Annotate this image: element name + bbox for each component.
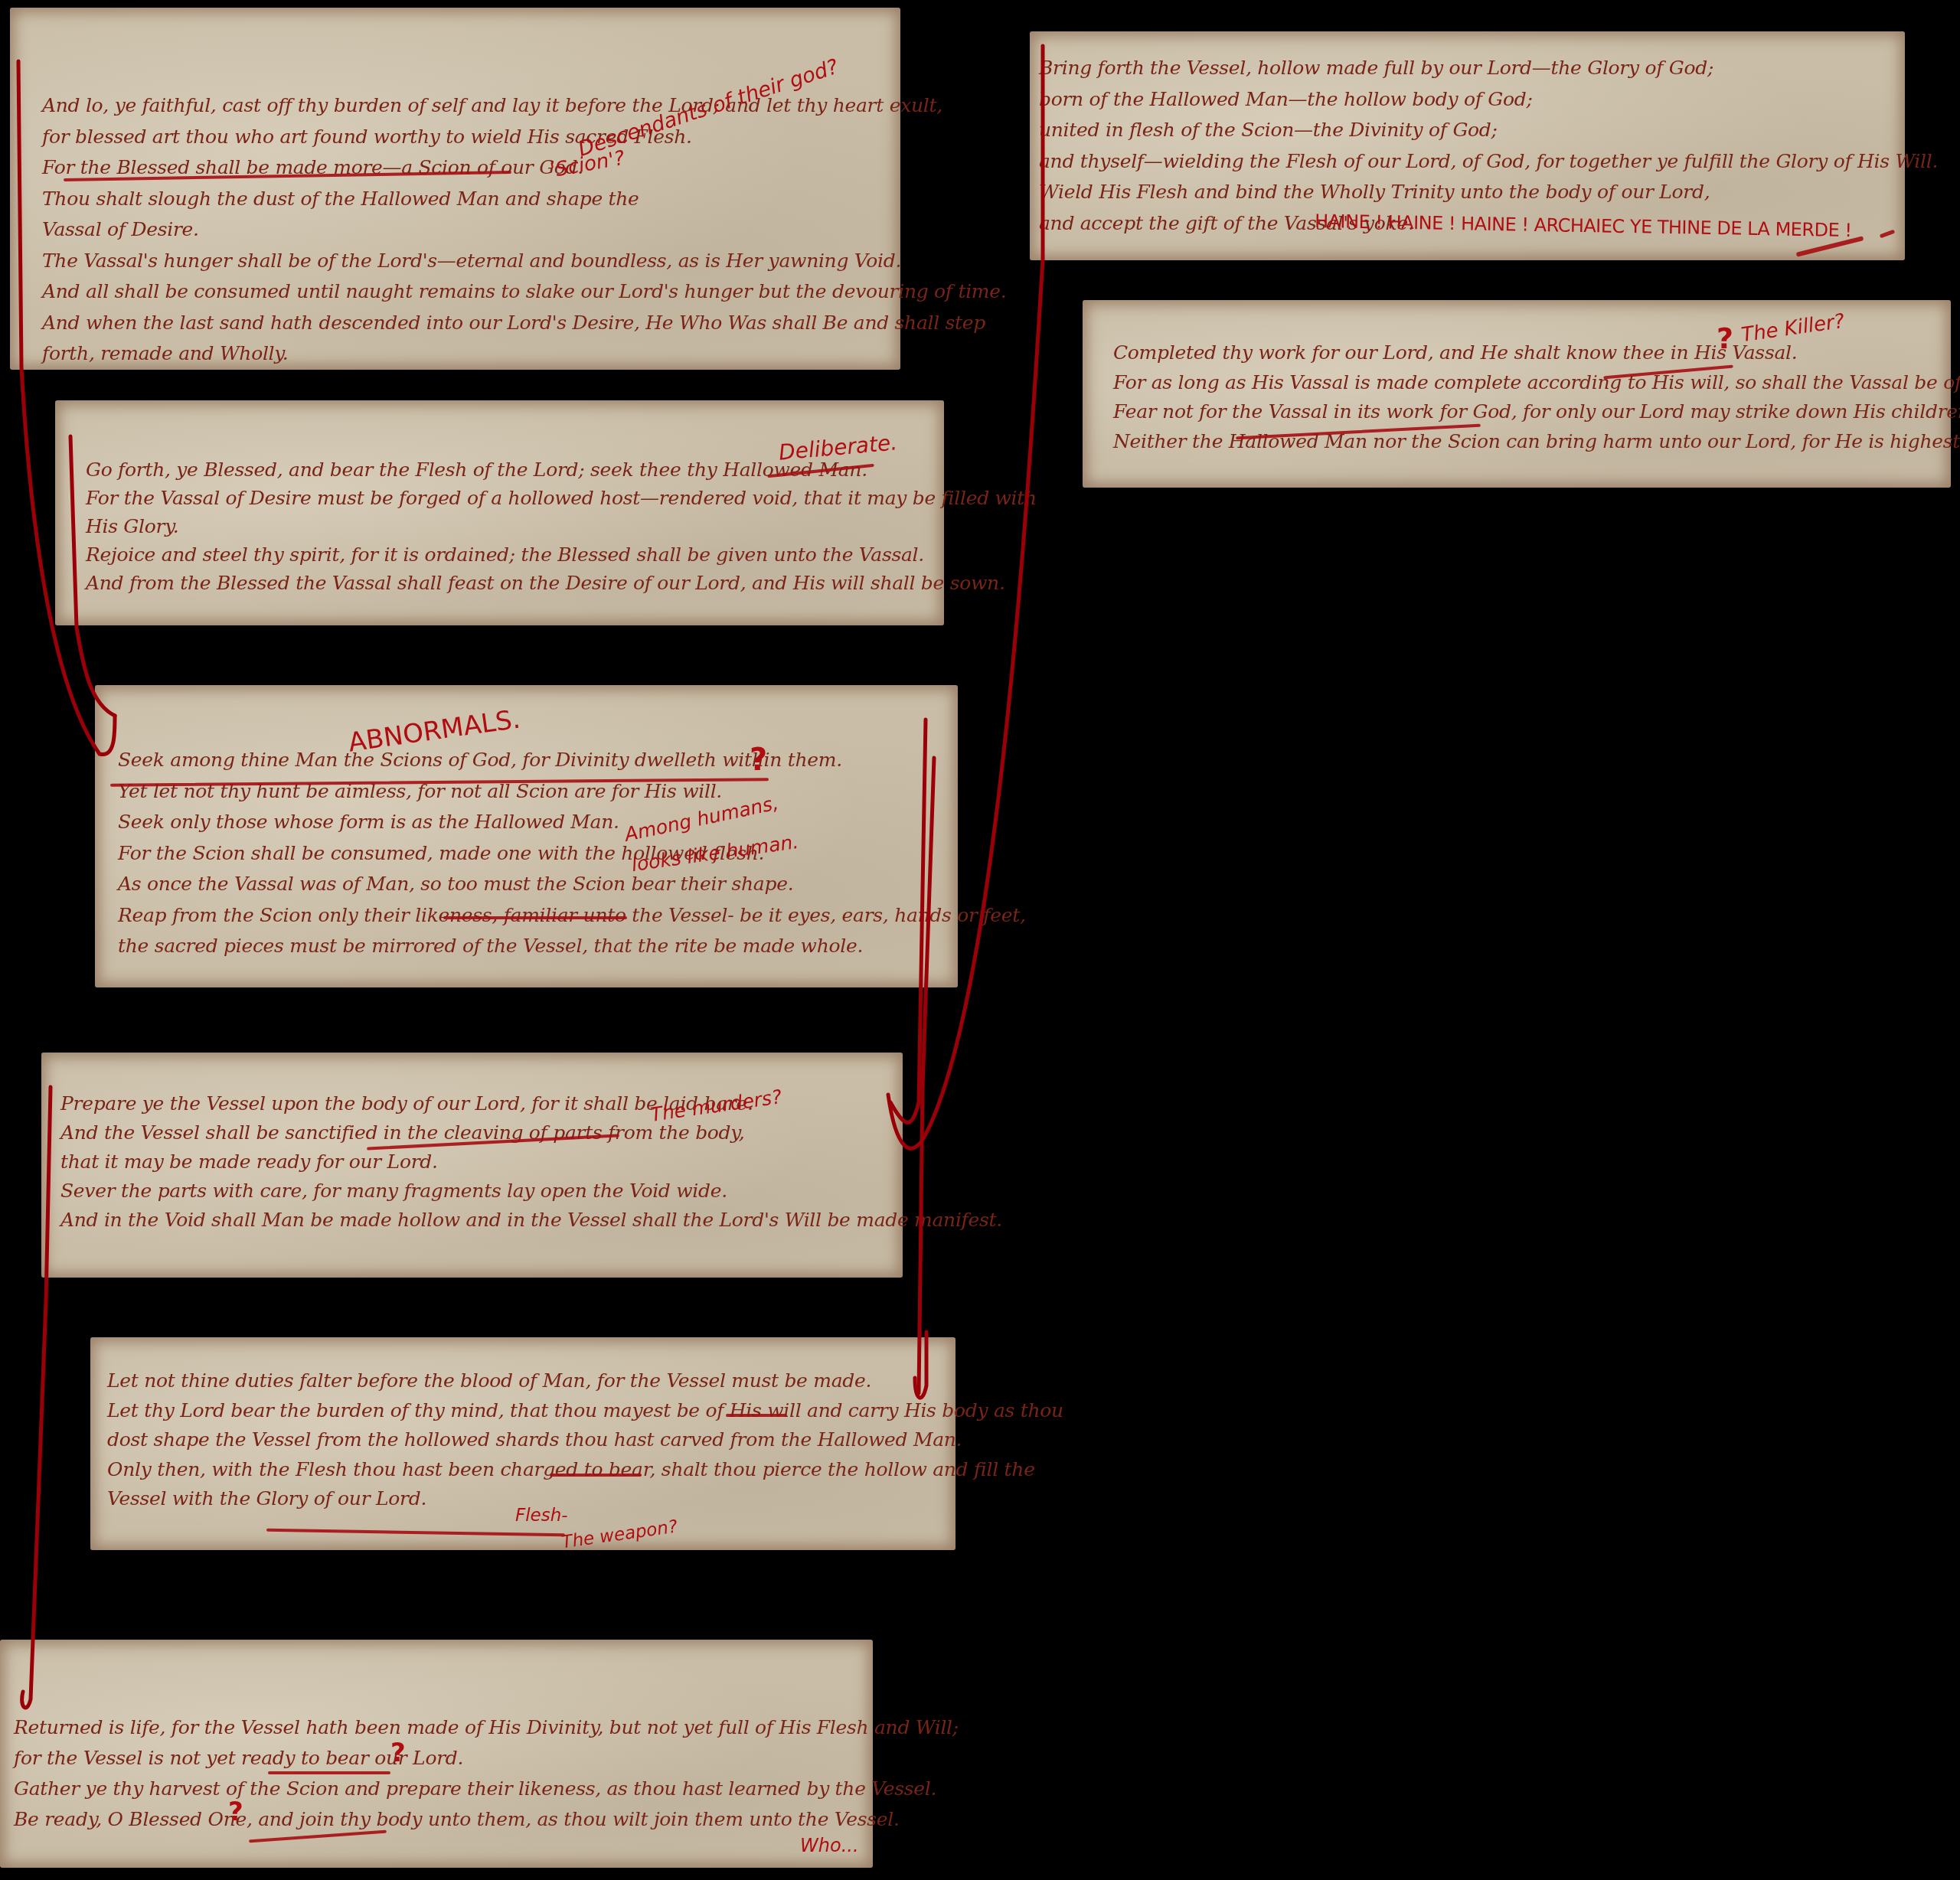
annotation-question-mark: ? xyxy=(228,1797,243,1827)
red-underline xyxy=(268,1771,390,1774)
scripture-line: Sever the parts with care, for many frag… xyxy=(60,1177,1002,1206)
parchment-scion-of-god: And lo, ye faithful, cast off thy burden… xyxy=(10,8,900,370)
scripture-line: And the Vessel shall be sanctified in th… xyxy=(60,1118,1002,1147)
scripture-line: And lo, ye faithful, cast off thy burden… xyxy=(42,90,1006,122)
scripture-lines: Bring forth the Vessel, hollow made full… xyxy=(1039,53,1938,239)
scripture-line: As once the Vassal was of Man, so too mu… xyxy=(118,869,1026,900)
scripture-line: dost shape the Vessel from the hollowed … xyxy=(107,1425,1063,1455)
parchment-seek-among: Seek among thine Man the Scions of God, … xyxy=(95,685,958,987)
parchment-let-not-duties: Let not thine duties falter before the b… xyxy=(90,1337,955,1550)
scripture-line: born of the Hallowed Man—the hollow body… xyxy=(1039,84,1938,116)
scripture-line: Vessel with the Glory of our Lord. xyxy=(107,1484,1063,1514)
scripture-lines: Go forth, ye Blessed, and bear the Flesh… xyxy=(86,455,1037,597)
scripture-line: united in flesh of the Scion—the Divinit… xyxy=(1039,115,1938,146)
scripture-line: Let thy Lord bear the burden of thy mind… xyxy=(107,1396,1063,1426)
red-underline xyxy=(443,916,627,919)
scripture-lines: Seek among thine Man the Scions of God, … xyxy=(118,745,1026,962)
scripture-line: Only then, with the Flesh thou hast been… xyxy=(107,1455,1063,1485)
scripture-line: Prepare ye the Vessel upon the body of o… xyxy=(60,1089,1002,1118)
scripture-line: His Glory. xyxy=(86,512,1037,540)
scripture-line: the sacred pieces must be mirrored of th… xyxy=(118,931,1026,962)
scripture-lines: And lo, ye faithful, cast off thy burden… xyxy=(42,90,1006,370)
annotation-who: Who... xyxy=(800,1835,859,1856)
scripture-line: And when the last sand hath descended in… xyxy=(42,308,1006,339)
red-underline xyxy=(726,1414,787,1417)
scripture-lines: Let not thine duties falter before the b… xyxy=(107,1366,1063,1514)
scripture-line: Returned is life, for the Vessel hath be… xyxy=(14,1712,959,1743)
scripture-line: that it may be made ready for our Lord. xyxy=(60,1147,1002,1177)
scripture-line: Go forth, ye Blessed, and bear the Flesh… xyxy=(86,455,1037,484)
scripture-line: For the Scion shall be consumed, made on… xyxy=(118,838,1026,870)
scripture-line: Reap from the Scion only their likeness,… xyxy=(118,900,1026,932)
scripture-line: Completed thy work for our Lord, and He … xyxy=(1113,338,1960,368)
scripture-line: for blessed art thou who art found worth… xyxy=(42,122,1006,153)
annotation-question-mark: ? xyxy=(390,1738,406,1768)
scripture-line: forth, remade and Wholly. xyxy=(42,338,1006,370)
scripture-line: Fear not for the Vassal in its work for … xyxy=(1113,397,1960,427)
scripture-line: Seek only those whose form is as the Hal… xyxy=(118,807,1026,838)
scripture-line: Be ready, O Blessed One, and join thy bo… xyxy=(14,1804,959,1835)
scripture-line: The Vassal's hunger shall be of the Lord… xyxy=(42,246,1006,277)
scripture-lines: Prepare ye the Vessel upon the body of o… xyxy=(60,1089,1002,1235)
evidence-board: And lo, ye faithful, cast off thy burden… xyxy=(0,0,1960,1880)
scripture-line: Thou shalt slough the dust of the Hallow… xyxy=(42,184,1006,215)
scripture-line: Seek among thine Man the Scions of God, … xyxy=(118,745,1026,776)
scripture-line: Wield His Flesh and bind the Wholly Trin… xyxy=(1039,177,1938,208)
scripture-line: and thyself—wielding the Flesh of our Lo… xyxy=(1039,146,1938,178)
annotation-question-mark: ? xyxy=(1717,321,1733,355)
scripture-line: For the Vassal of Desire must be forged … xyxy=(86,484,1037,512)
annotation-question-mark: ? xyxy=(750,743,767,778)
scripture-line: for the Vessel is not yet ready to bear … xyxy=(14,1743,959,1774)
annotation-flesh: Flesh- xyxy=(515,1506,568,1526)
parchment-bring-forth: Bring forth the Vessel, hollow made full… xyxy=(1030,31,1905,260)
scripture-line: Bring forth the Vessel, hollow made full… xyxy=(1039,53,1938,84)
scripture-line: Let not thine duties falter before the b… xyxy=(107,1366,1063,1396)
parchment-prepare-vessel: Prepare ye the Vessel upon the body of o… xyxy=(41,1053,903,1278)
scripture-line: And all shall be consumed until naught r… xyxy=(42,276,1006,308)
scripture-line: Neither the Hallowed Man nor the Scion c… xyxy=(1113,427,1960,457)
parchment-completed-thy-work: Completed thy work for our Lord, and He … xyxy=(1083,300,1951,488)
parchment-go-forth: Go forth, ye Blessed, and bear the Flesh… xyxy=(55,400,944,625)
annotation-the-weapon: The weapon? xyxy=(560,1517,679,1553)
red-underline xyxy=(266,1529,565,1537)
scripture-line: And in the Void shall Man be made hollow… xyxy=(60,1206,1002,1235)
scripture-line: Vassal of Desire. xyxy=(42,214,1006,246)
scripture-line: Rejoice and steel thy spirit, for it is … xyxy=(86,540,1037,569)
red-underline xyxy=(550,1474,642,1477)
parchment-returned-is-life: Returned is life, for the Vessel hath be… xyxy=(0,1640,873,1868)
scripture-lines: Returned is life, for the Vessel hath be… xyxy=(14,1712,959,1835)
scripture-line: And from the Blessed the Vassal shall fe… xyxy=(86,569,1037,597)
scripture-line: Gather ye thy harvest of the Scion and p… xyxy=(14,1774,959,1804)
scripture-line: For as long as His Vassal is made comple… xyxy=(1113,368,1960,398)
